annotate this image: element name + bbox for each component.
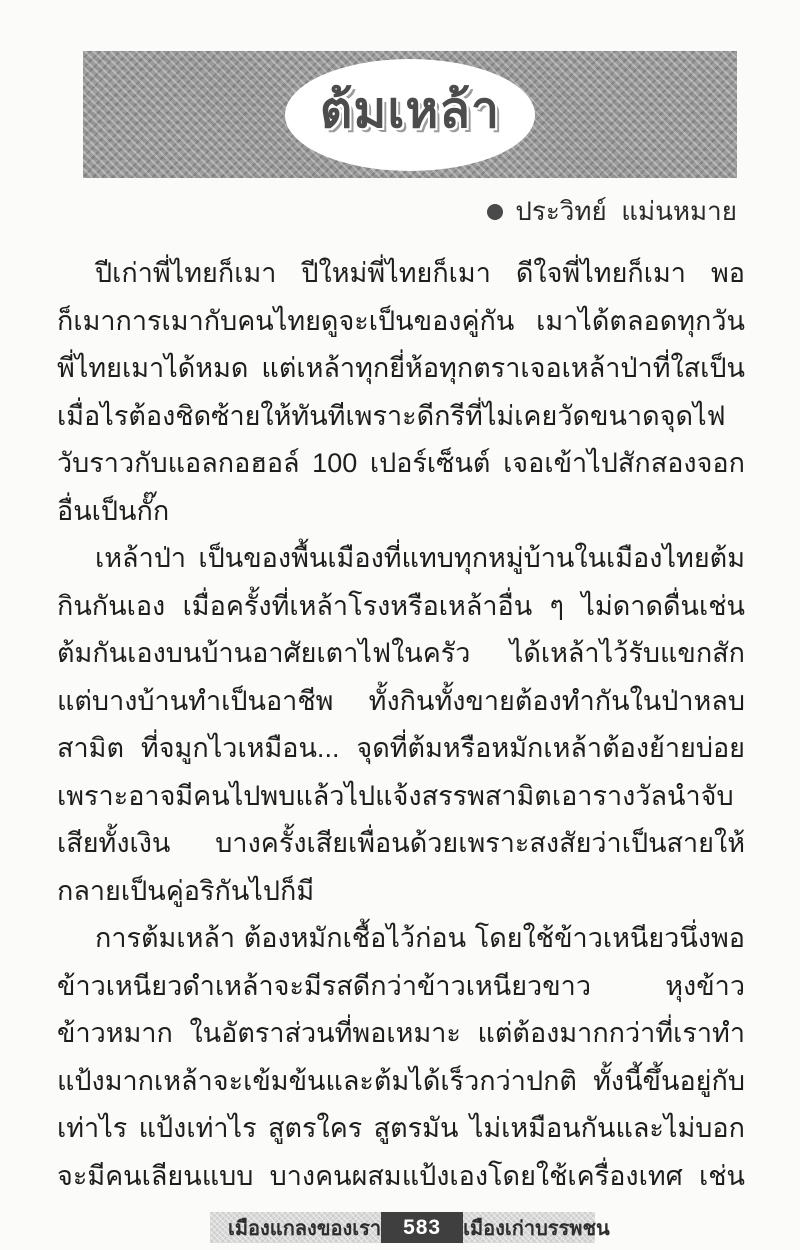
- article-line: แป้งมากเหล้าจะเข้มข้นและต้มได้เร็วกว่าปก…: [57, 1058, 745, 1106]
- article-line: กินกันเอง เมื่อครั้งที่เหล้าโรงหรือเหล้า…: [57, 583, 745, 631]
- article-line: การต้มเหล้า ต้องหมักเชื้อไว้ก่อน โดยใช้ข…: [57, 915, 745, 963]
- article-line: ก็เมาการเมากับคนไทยดูจะเป็นของคู่กัน เมา…: [57, 298, 745, 346]
- footer-right-title: เมืองเก่าบรรพชน: [463, 1212, 636, 1244]
- article-line: กลายเป็นคู่อริกันไปก็มี: [57, 868, 745, 916]
- bullet-icon: [487, 204, 503, 220]
- article-line: ปีเก่าพี่ไทยก็เมา ปีใหม่พี่ไทยก็เมา ดีใจ…: [57, 250, 745, 298]
- article-line: ข้าวเหนียวดำเหล้าจะมีรสดีกว่าข้าวเหนียวข…: [57, 963, 745, 1011]
- article-line: เสียทั้งเงิน บางครั้งเสียเพื่อนด้วยเพราะ…: [57, 820, 745, 868]
- page-title: ต้มเหล้า: [320, 71, 500, 150]
- footer-page-number: 583: [381, 1212, 463, 1243]
- article-line: เหล้าป่า เป็นของพื้นเมืองที่แทบทุกหมู่บ้…: [57, 535, 745, 583]
- article-line: สามิต ที่จมูกไวเหมือน... จุดที่ต้มหรือหม…: [57, 725, 745, 773]
- article-line: วับราวกับแอลกอฮอล์ 100 เปอร์เซ็นต์ เจอเข…: [57, 440, 745, 488]
- article-body: ปีเก่าพี่ไทยก็เมา ปีใหม่พี่ไทยก็เมา ดีใจ…: [57, 250, 745, 1200]
- byline: ประวิทย์ แม่นหมาย: [487, 191, 737, 232]
- title-banner: ต้มเหล้า: [83, 51, 737, 178]
- author-name: ประวิทย์ แม่นหมาย: [515, 191, 737, 232]
- article-line: แต่บางบ้านทำเป็นอาชีพ ทั้งกินทั้งขายต้อง…: [57, 678, 745, 726]
- article-line: ข้าวหมาก ในอัตราส่วนที่พอเหมาะ แต่ต้องมา…: [57, 1010, 745, 1058]
- article-line: เมื่อไรต้องชิดซ้ายให้ทันทีเพราะดีกรีที่ไ…: [57, 393, 745, 441]
- footer-left-title: เมืองแกลงของเรา: [228, 1212, 381, 1244]
- article-line: เพราะอาจมีคนไปพบแล้วไปแจ้งสรรพสามิตเอารา…: [57, 773, 745, 821]
- article-line: อื่นเป็นกั๊ก: [57, 488, 745, 536]
- title-oval: ต้มเหล้า: [285, 59, 535, 171]
- article-line: พี่ไทยเมาได้หมด แต่เหล้าทุกยี่ห้อทุกตราเ…: [57, 345, 745, 393]
- article-line: ต้มกันเองบนบ้านอาศัยเตาไฟในครัว ได้เหล้า…: [57, 630, 745, 678]
- footer-bar: เมืองแกลงของเรา 583 เมืองเก่าบรรพชน: [210, 1212, 595, 1243]
- article-line: เท่าไร แป้งเท่าไร สูตรใคร สูตรมัน ไม่เหม…: [57, 1105, 745, 1153]
- article-line: จะมีคนเลียนแบบ บางคนผสมแป้งเองโดยใช้เครื…: [57, 1153, 745, 1201]
